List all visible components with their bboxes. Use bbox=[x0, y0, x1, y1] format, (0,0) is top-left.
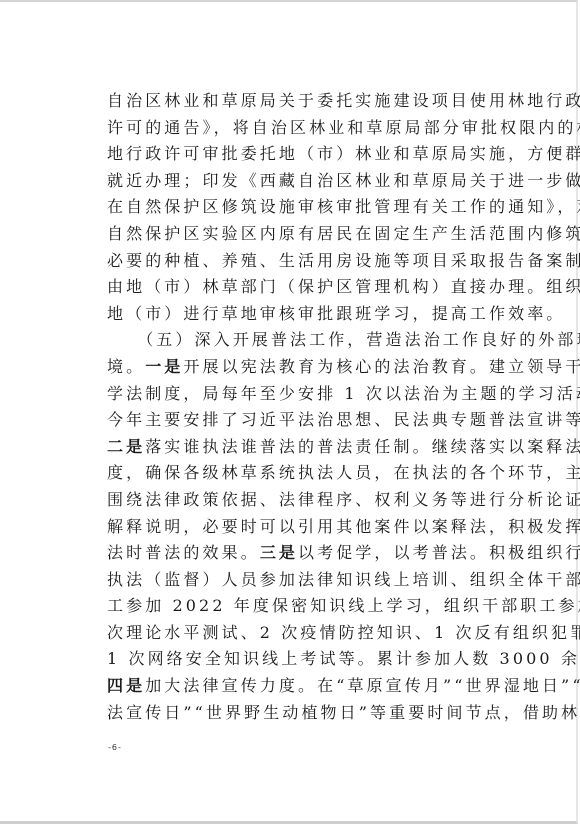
text-segment: 度，确保各级林草系统执法人员，在执法的各个环节，主动 bbox=[107, 463, 580, 482]
bold-text-segment: 四是 bbox=[107, 676, 145, 695]
text-line: 法宣传日”“世界野生动植物日”等重要时间节点，借助林 bbox=[107, 700, 497, 727]
text-segment: 法宣传日”“世界野生动植物日”等重要时间节点，借助林 bbox=[107, 703, 580, 722]
text-line: 1 次网络安全知识线上考试等。累计参加人数 3000 余人次。 bbox=[107, 646, 497, 673]
text-segment: 自然保护区实验区内原有居民在固定生产生活范围内修筑 bbox=[107, 224, 580, 243]
text-line: 法时普法的效果。三是以考促学，以考普法。积极组织行政 bbox=[107, 540, 497, 567]
text-segment: 工参加 2022 年度保密知识线上学习，组织干部职工参加 1 bbox=[107, 596, 580, 615]
document-page: 自治区林业和草原局关于委托实施建设项目使用林地行政许可的通告》，将自治区林业和草… bbox=[0, 0, 578, 824]
text-line: 自治区林业和草原局关于委托实施建设项目使用林地行政 bbox=[107, 88, 497, 115]
text-line: 地行政许可审批委托地（市）林业和草原局实施，方便群众 bbox=[107, 141, 497, 168]
text-segment: 地（市）进行草地审核审批跟班学习，提高工作效率。 bbox=[107, 304, 565, 323]
text-segment: 次理论水平测试、2 次疫情防控知识、1 次反有组织犯罪法、 bbox=[107, 623, 580, 642]
text-segment: 学法制度，局每年至少安排 1 次以法治为主题的学习活动， bbox=[107, 384, 580, 403]
text-line: 今年主要安排了习近平法治思想、民法典专题普法宣讲等。 bbox=[107, 407, 497, 434]
text-line: （五）深入开展普法工作，营造法治工作良好的外部环 bbox=[107, 327, 497, 354]
text-line: 次理论水平测试、2 次疫情防控知识、1 次反有组织犯罪法、 bbox=[107, 620, 497, 647]
text-segment: 1 次网络安全知识线上考试等。累计参加人数 3000 余人次。 bbox=[107, 649, 580, 668]
text-segment: 今年主要安排了习近平法治思想、民法典专题普法宣讲等。 bbox=[107, 410, 580, 429]
text-segment: 开展以宪法教育为核心的法治教育。建立领导干部 bbox=[183, 357, 580, 376]
text-line: 许可的通告》，将自治区林业和草原局部分审批权限内的林 bbox=[107, 115, 497, 142]
text-segment: 就近办理；印发《西藏自治区林业和草原局关于进一步做好 bbox=[107, 171, 580, 190]
text-line: 二是落实谁执法谁普法的普法责任制。继续落实以案释法制 bbox=[107, 434, 497, 461]
bold-text-segment: 一是 bbox=[145, 357, 183, 376]
text-segment: 许可的通告》，将自治区林业和草原局部分审批权限内的林 bbox=[107, 118, 580, 137]
page-number: -6- bbox=[108, 743, 122, 752]
text-segment: 落实谁执法谁普法的普法责任制。继续落实以案释法制 bbox=[145, 437, 580, 456]
bold-text-segment: 二是 bbox=[107, 437, 145, 456]
text-line: 执法（监督）人员参加法律知识线上培训、组织全体干部职 bbox=[107, 567, 497, 594]
text-segment: 地行政许可审批委托地（市）林业和草原局实施，方便群众 bbox=[107, 144, 580, 163]
text-segment: 加大法律宣传力度。在“草原宣传月”“世界湿地日”“普 bbox=[145, 676, 580, 695]
text-segment: （五）深入开展普法工作，营造法治工作良好的外部环 bbox=[107, 330, 580, 349]
document-body: 自治区林业和草原局关于委托实施建设项目使用林地行政许可的通告》，将自治区林业和草… bbox=[107, 88, 497, 726]
text-segment: 解释说明，必要时可以引用其他案件以案释法，积极发挥执 bbox=[107, 517, 580, 536]
text-line: 就近办理；印发《西藏自治区林业和草原局关于进一步做好 bbox=[107, 168, 497, 195]
text-segment: 必要的种植、养殖、生活用房设施等项目采取报告备案制， bbox=[107, 251, 580, 270]
text-line: 在自然保护区修筑设施审核审批管理有关工作的通知》，对 bbox=[107, 194, 497, 221]
text-segment: 围绕法律政策依据、法律程序、权利义务等进行分析论证、 bbox=[107, 490, 580, 509]
text-segment: 法时普法的效果。 bbox=[107, 543, 260, 562]
text-segment: 由地（市）林草部门（保护区管理机构）直接办理。组织各 bbox=[107, 277, 580, 296]
text-segment: 境。 bbox=[107, 357, 145, 376]
text-segment: 以考促学，以考普法。积极组织行政 bbox=[298, 543, 580, 562]
text-segment: 执法（监督）人员参加法律知识线上培训、组织全体干部职 bbox=[107, 570, 580, 589]
text-line: 学法制度，局每年至少安排 1 次以法治为主题的学习活动， bbox=[107, 381, 497, 408]
text-line: 由地（市）林草部门（保护区管理机构）直接办理。组织各 bbox=[107, 274, 497, 301]
text-line: 境。一是开展以宪法教育为核心的法治教育。建立领导干部 bbox=[107, 354, 497, 381]
text-line: 解释说明，必要时可以引用其他案件以案释法，积极发挥执 bbox=[107, 514, 497, 541]
text-line: 工参加 2022 年度保密知识线上学习，组织干部职工参加 1 bbox=[107, 593, 497, 620]
text-line: 自然保护区实验区内原有居民在固定生产生活范围内修筑 bbox=[107, 221, 497, 248]
text-line: 度，确保各级林草系统执法人员，在执法的各个环节，主动 bbox=[107, 460, 497, 487]
text-segment: 自治区林业和草原局关于委托实施建设项目使用林地行政 bbox=[107, 91, 580, 110]
text-segment: 在自然保护区修筑设施审核审批管理有关工作的通知》，对 bbox=[107, 197, 580, 216]
text-line: 必要的种植、养殖、生活用房设施等项目采取报告备案制， bbox=[107, 248, 497, 275]
text-line: 围绕法律政策依据、法律程序、权利义务等进行分析论证、 bbox=[107, 487, 497, 514]
text-line: 地（市）进行草地审核审批跟班学习，提高工作效率。 bbox=[107, 301, 497, 328]
bold-text-segment: 三是 bbox=[260, 543, 298, 562]
text-line: 四是加大法律宣传力度。在“草原宣传月”“世界湿地日”“普 bbox=[107, 673, 497, 700]
